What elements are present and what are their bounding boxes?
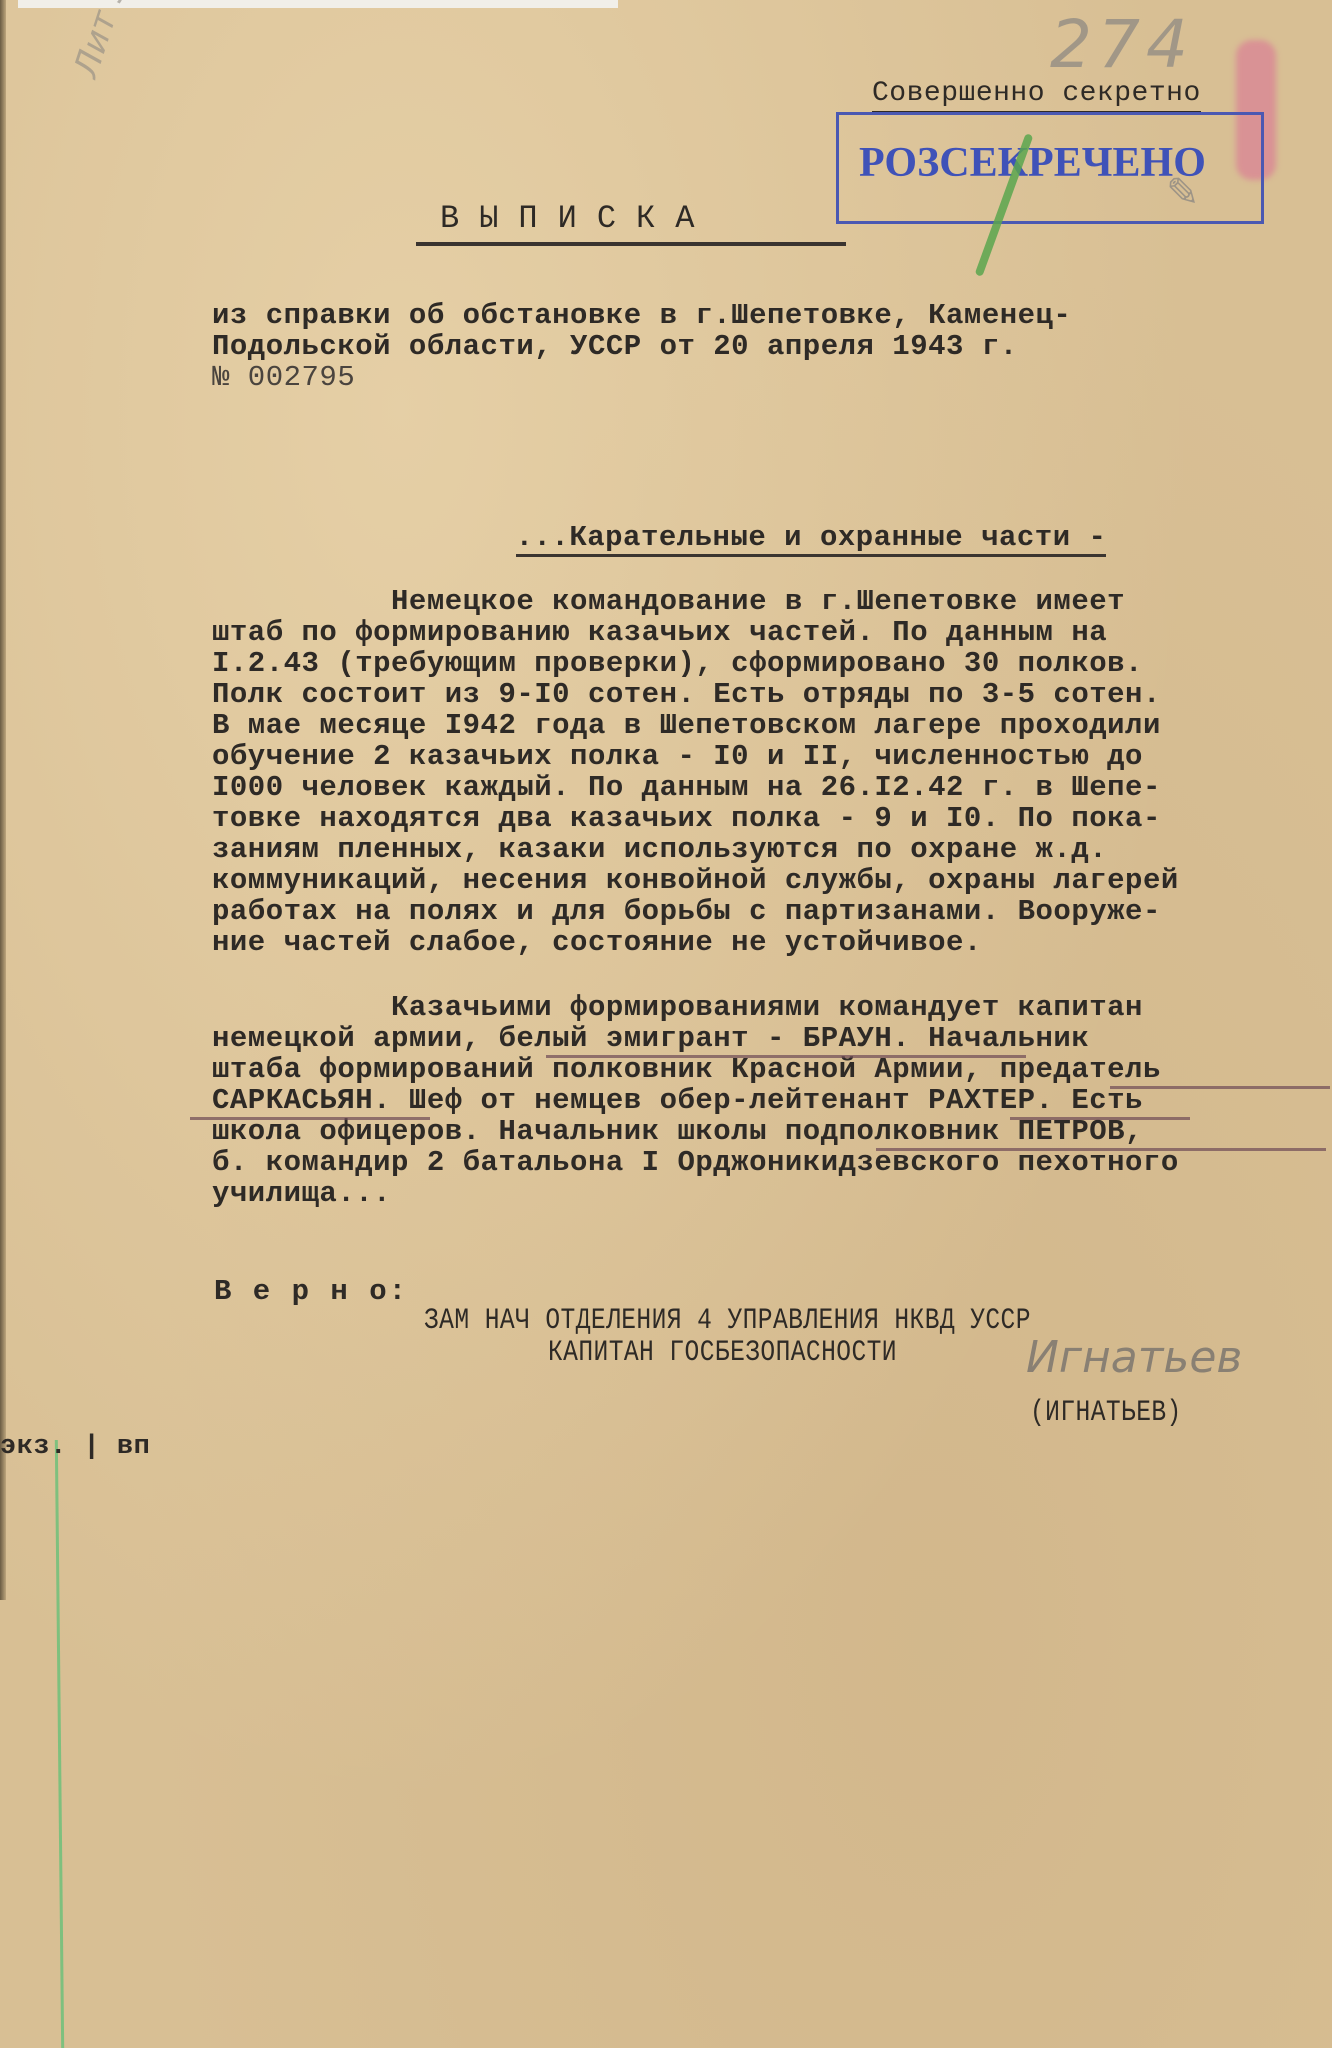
green-margin-line	[55, 1440, 64, 2048]
underline-predatel	[1110, 1086, 1330, 1089]
underline-braun	[546, 1055, 1026, 1058]
paragraph-line: б. командир 2 батальона I Орджоникидзевс…	[212, 1147, 1179, 1179]
paragraph-line: заниям пленных, казаки используются по о…	[212, 834, 1107, 866]
binding-edge	[0, 0, 6, 1600]
classification-label: Совершенно секретно	[872, 78, 1201, 115]
signatory-position-2: КАПИТАН ГОСБЕЗОПАСНОСТИ	[548, 1338, 897, 1370]
paragraph-line: штаба формирований полковник Красной Арм…	[212, 1054, 1161, 1086]
paragraph-line: штаб по формированию казачьих частей. По…	[212, 617, 1107, 649]
paragraph-line: I.2.43 (требующим проверки), сформирован…	[212, 648, 1143, 680]
underline-petrov	[876, 1148, 1326, 1151]
pencil-margin-note: Лит 9	[66, 0, 135, 82]
signatory-position-1: ЗАМ НАЧ ОТДЕЛЕНИЯ 4 УПРАВЛЕНИЯ НКВД УССР	[424, 1306, 1031, 1338]
signatory-name: (ИГНАТЬЕВ)	[1030, 1398, 1182, 1430]
document-number: № 002795	[212, 362, 355, 394]
title-underline	[416, 242, 846, 246]
section-heading-text: ...Карательные и охранные части -	[516, 521, 1107, 557]
handwritten-signature: Игнатьев	[1026, 1332, 1242, 1383]
section-heading: ...Карательные и охранные части -	[444, 490, 1106, 585]
pencil-page-number: 274	[1050, 6, 1194, 83]
subtitle-line-1: из справки об обстановке в г.Шепетовке, …	[212, 300, 1071, 332]
paragraph-line: немецкой армии, белый эмигрант - БРАУН. …	[212, 1023, 1089, 1055]
underline-rakhter	[1010, 1117, 1190, 1120]
paragraph-line: Немецкое командование в г.Шепетовке имее…	[212, 586, 1125, 618]
subtitle-line-2: Подольской области, УССР от 20 апреля 19…	[212, 331, 1018, 363]
paragraph-line: обучение 2 казачьих полка - I0 и II, чис…	[212, 741, 1143, 773]
paragraph-line: училища...	[212, 1178, 391, 1210]
paragraph-line: Казачьими формированиями командует капит…	[212, 992, 1143, 1024]
paragraph-line: САРКАСЬЯН. Шеф от немцев обер-лейтенант …	[212, 1085, 1143, 1117]
document-title: ВЫПИСКА	[440, 200, 714, 237]
certification-label: В е р н о:	[214, 1276, 408, 1308]
declassified-stamp: РОЗСЕКРЕЧЕНО	[836, 112, 1264, 224]
paragraph-line: ние частей слабое, состояние не устойчив…	[212, 927, 982, 959]
paragraph-line: коммуникаций, несения конвойной службы, …	[212, 865, 1179, 897]
pencil-initials: ✎	[1166, 170, 1200, 216]
copy-note: экз. | вп	[0, 1432, 150, 1464]
stamp-text: РОЗСЕКРЕЧЕНО	[859, 139, 1206, 187]
underline-sarkasyan	[190, 1117, 430, 1120]
paragraph-line: товке находятся два казачьих полка - 9 и…	[212, 803, 1161, 835]
paragraph-line: Полк состоит из 9-I0 сотен. Есть отряды …	[212, 679, 1161, 711]
document-page: Лит 9 274 Совершенно секретно РОЗСЕКРЕЧЕ…	[0, 0, 1332, 2048]
paragraph-line: работах на полях и для борьбы с партизан…	[212, 896, 1161, 928]
paragraph-line: В мае месяце I942 года в Шепетовском лаг…	[212, 710, 1161, 742]
paragraph-line: школа офицеров. Начальник школы подполко…	[212, 1116, 1143, 1148]
paragraph-line: I000 человек каждый. По данным на 26.I2.…	[212, 772, 1161, 804]
